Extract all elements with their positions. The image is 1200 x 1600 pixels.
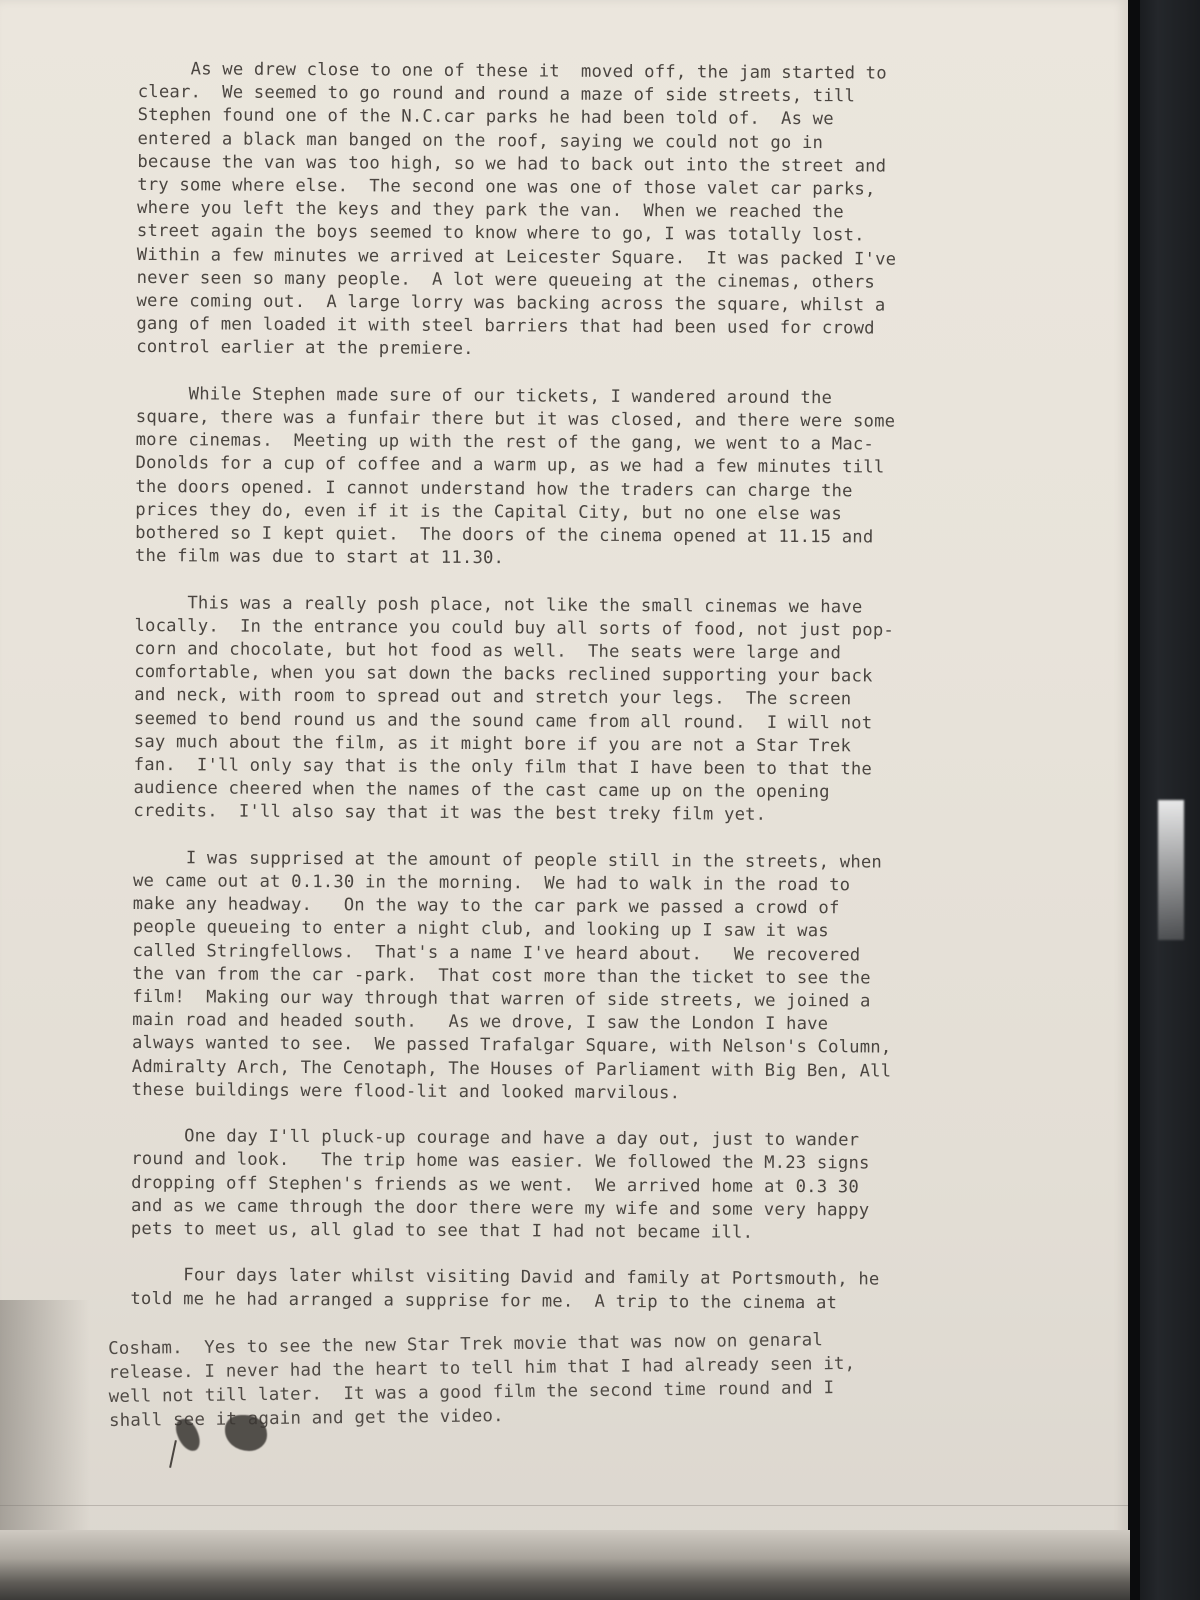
typewritten-page: As we drew close to one of these it move… [0,0,1128,1555]
paragraph: Four days later whilst visiting David an… [130,1264,990,1316]
paragraph: While Stephen made sure of our tickets, … [135,383,996,574]
text-line: the film was due to start at 11.30. [135,545,995,573]
plastic-sleeve-bottom [0,1530,1130,1600]
paragraph: As we drew close to one of these it move… [136,58,998,365]
text-line: control earlier at the premiere. [136,336,996,364]
text-line: credits. I'll also say that it was the b… [133,800,993,828]
ink-streak [169,1440,177,1468]
paragraph: This was a really posh place, not like t… [133,592,994,829]
sleeve-fold-line [0,1505,1128,1506]
paragraph: I was supprised at the amount of people … [132,847,994,1107]
main-text-block: As we drew close to one of these it move… [130,58,998,1316]
paragraph: One day I'll pluck-up courage and have a… [131,1125,992,1246]
ink-smudge [225,1415,267,1451]
sleeve-glare [1158,800,1184,940]
binder-edge [1126,0,1140,1600]
